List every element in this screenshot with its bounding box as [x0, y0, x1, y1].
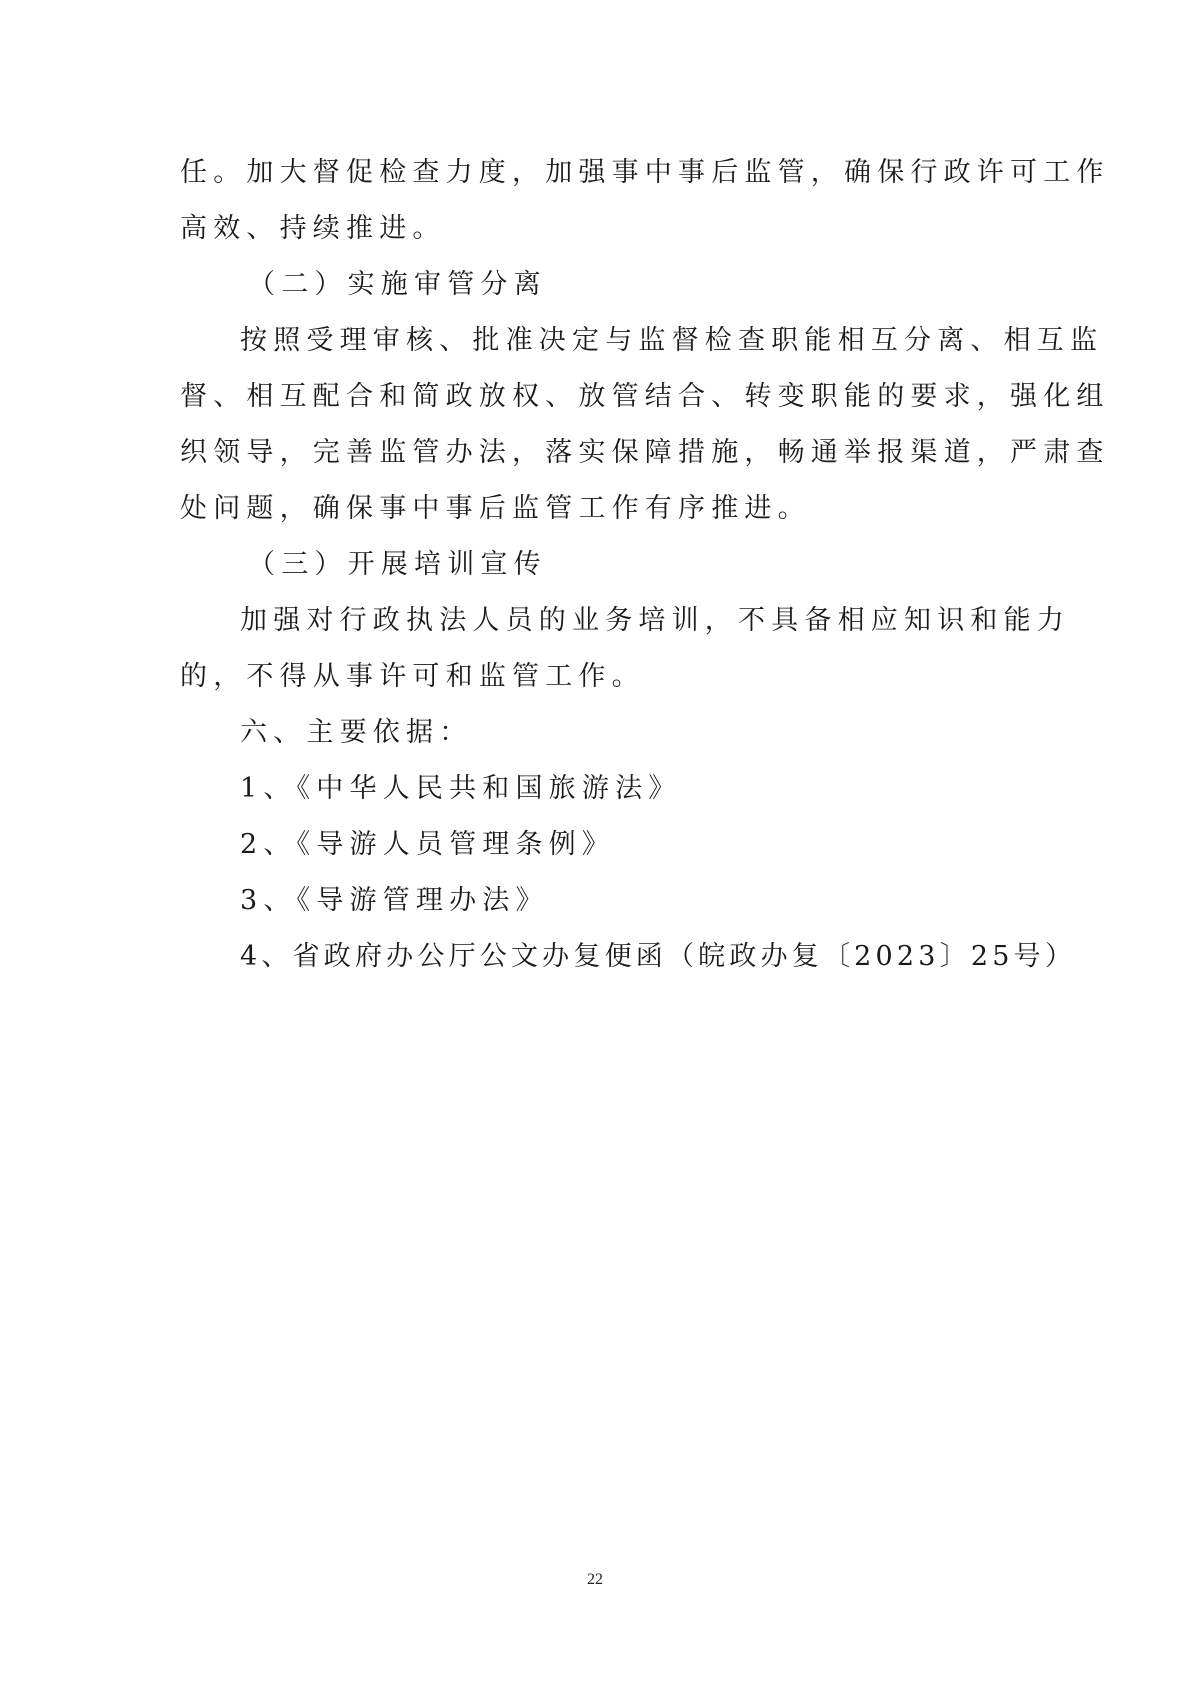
- section-heading-3: （三）开展培训宣传: [248, 548, 547, 582]
- document-page: 任。加大督促检查力度，加强事中事后监管，确保行政许可工作 高效、持续推进。 （二…: [0, 0, 1190, 1683]
- page-number: 22: [0, 1571, 1190, 1589]
- paragraph-line: 处问题，确保事中事后监管工作有序推进。: [180, 492, 811, 526]
- reference-item-3: 3、《导游管理办法》: [240, 884, 549, 918]
- paragraph-line: 加强对行政执法人员的业务培训，不具备相应知识和能力: [240, 604, 1070, 638]
- reference-item-2: 2、《导游人员管理条例》: [240, 828, 615, 862]
- paragraph-line: 织领导，完善监管办法，落实保障措施，畅通举报渠道，严肃查: [180, 436, 1110, 470]
- paragraph-line: 的，不得从事许可和监管工作。: [180, 660, 645, 694]
- paragraph-line: 督、相互配合和简政放权、放管结合、转变职能的要求，强化组: [180, 380, 1110, 414]
- paragraph-line: 按照受理审核、批准决定与监督检查职能相互分离、相互监: [240, 324, 1103, 358]
- section-heading-main-basis: 六、主要依据：: [240, 716, 472, 750]
- paragraph-line: 高效、持续推进。: [180, 212, 446, 246]
- paragraph-line: 任。加大督促检查力度，加强事中事后监管，确保行政许可工作: [180, 156, 1110, 190]
- section-heading-2: （二）实施审管分离: [248, 268, 547, 302]
- reference-item-1: 1、《中华人民共和国旅游法》: [240, 772, 681, 806]
- reference-item-4: 4、省政府办公厅公文办复便函（皖政办复〔2023〕25号）: [240, 940, 1076, 974]
